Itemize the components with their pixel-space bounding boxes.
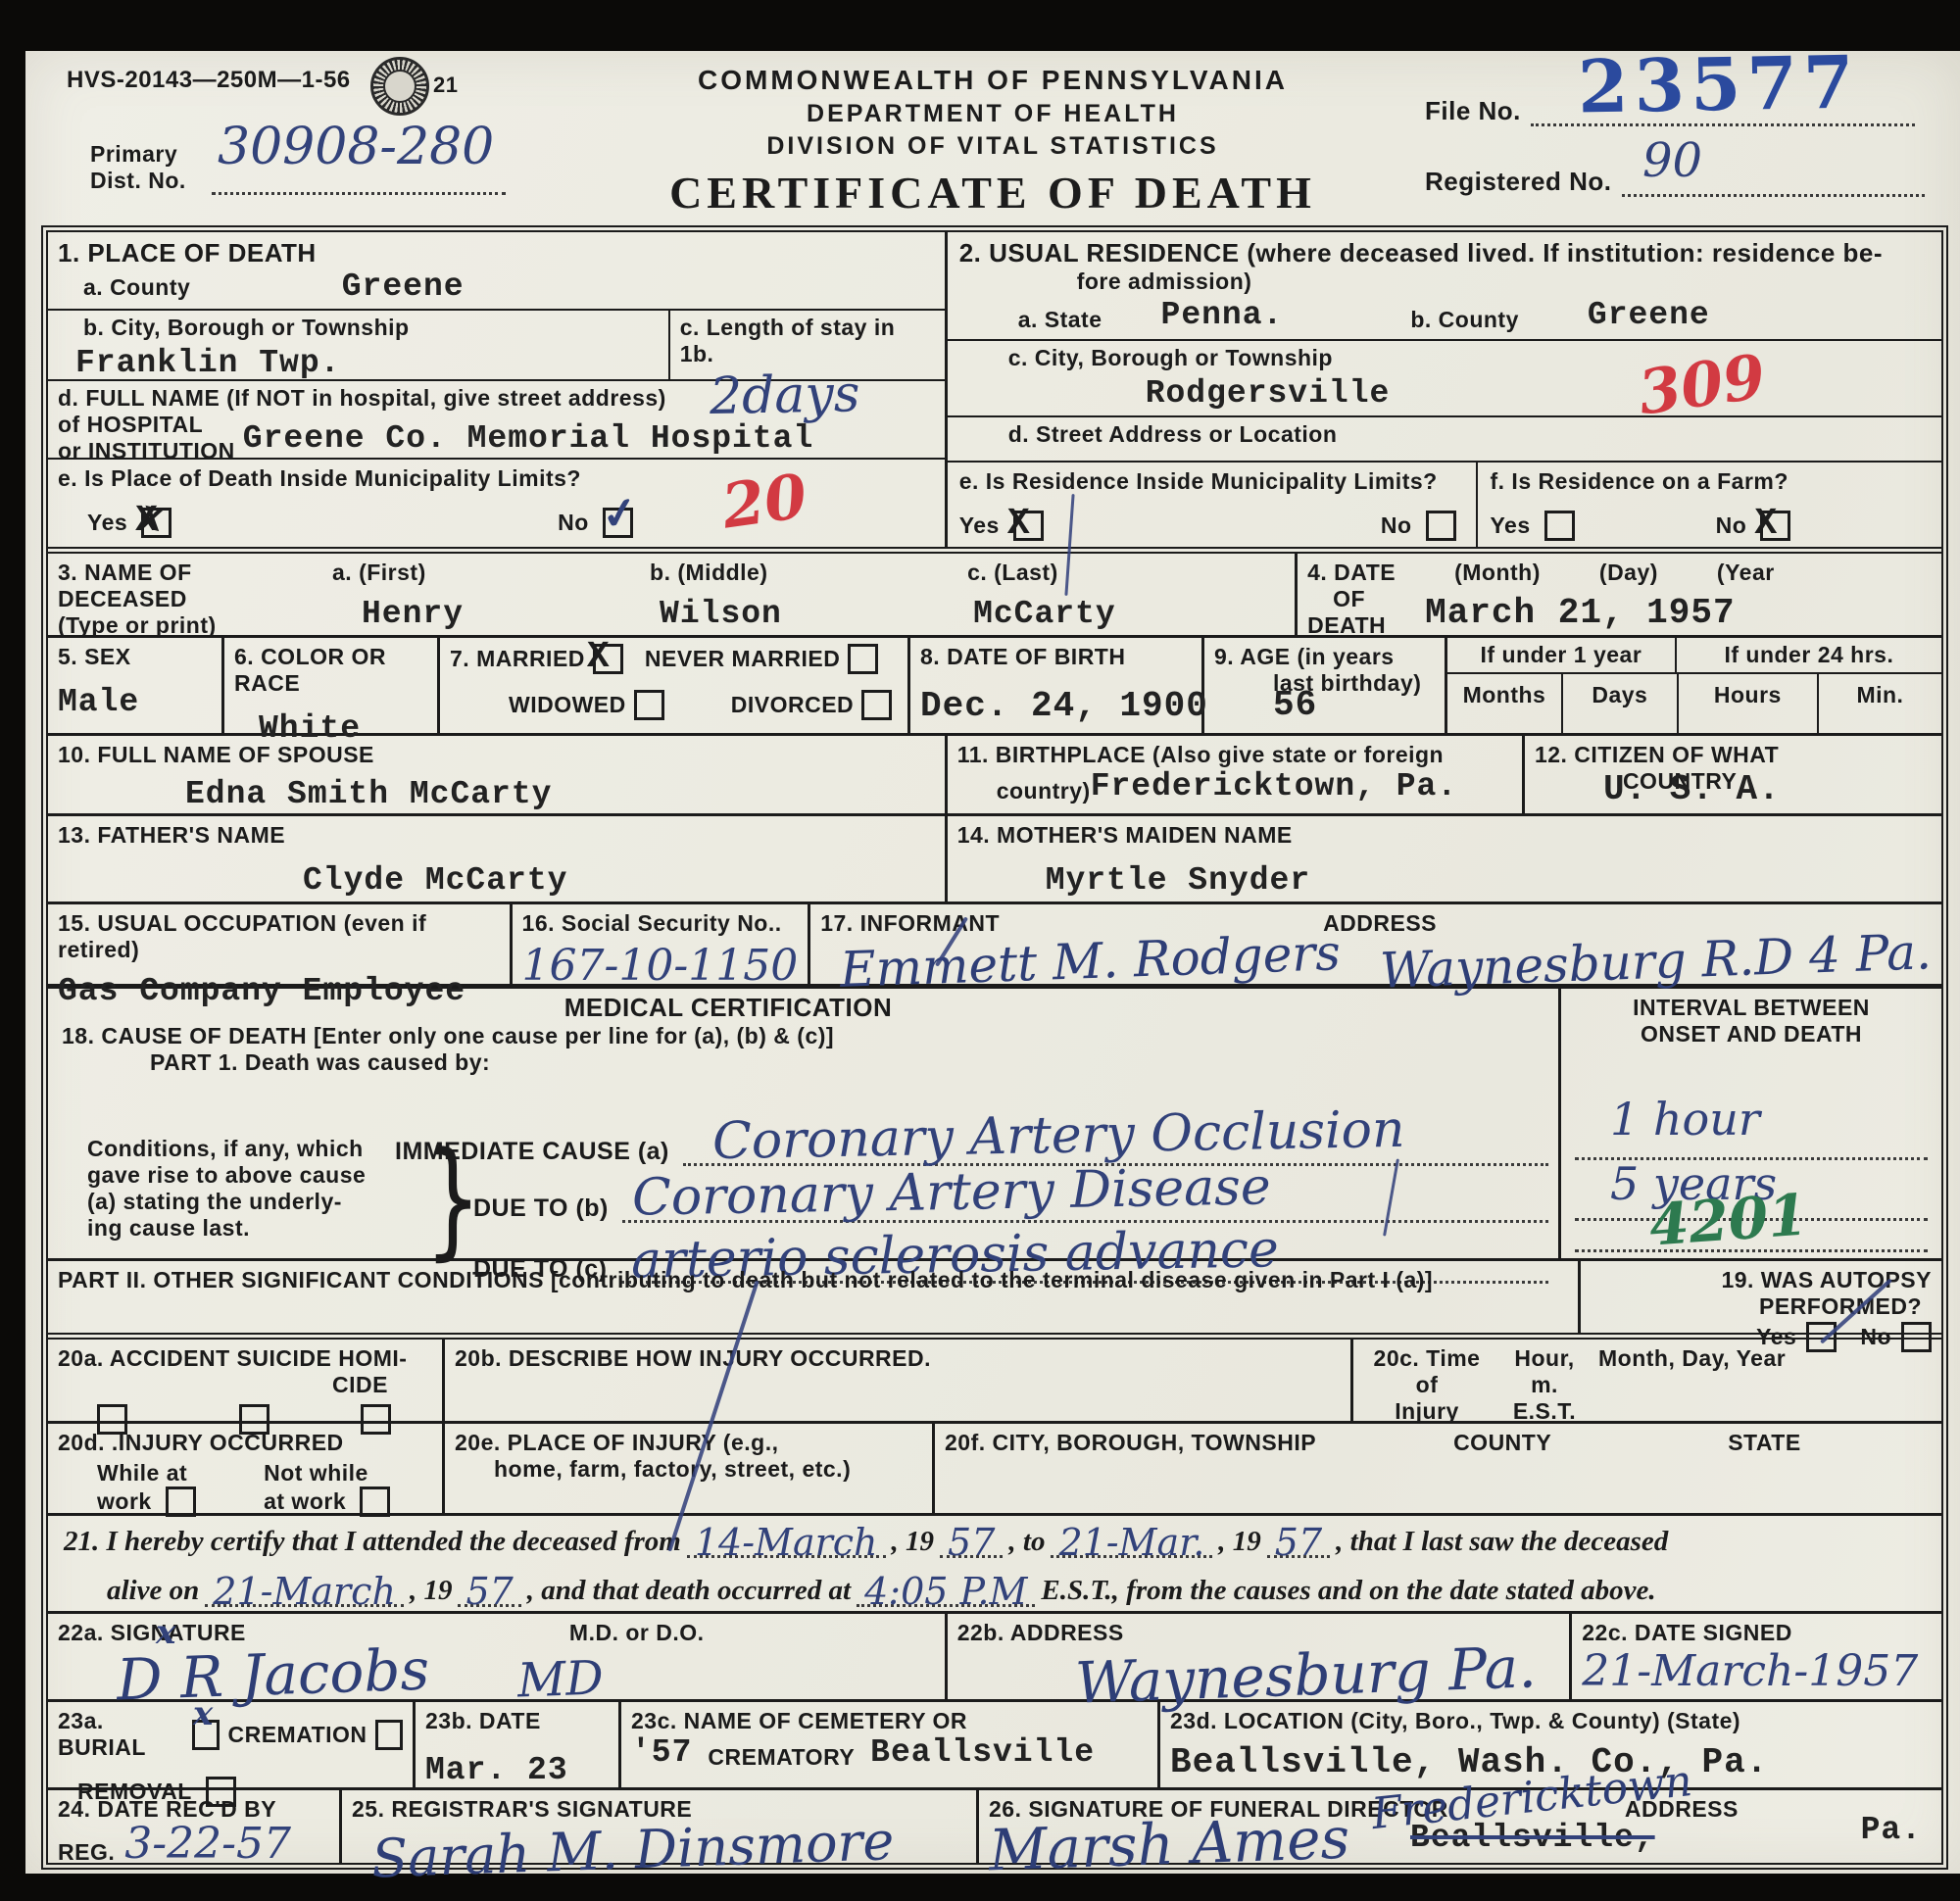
s9-months-label: Months bbox=[1447, 674, 1563, 733]
s2-farm-label: f. Is Residence on a Farm? bbox=[1490, 468, 1788, 494]
header: HVS-20143—250M—1-56 21 COMMONWEALTH OF P… bbox=[25, 51, 1960, 225]
s2-street: d. Street Address or Location bbox=[948, 417, 1941, 463]
green-annotation-4201: 4201 bbox=[1647, 1186, 1809, 1253]
section-12-citizen: 12. CITIZEN OF WHAT COUNTRY U. S. A. bbox=[1525, 736, 1941, 813]
s21-to-date: 21-Mar. bbox=[1058, 1521, 1204, 1564]
s20d-notwhile-label-1: Not while bbox=[264, 1460, 432, 1487]
s20d-label: 20d. .INJURY OCCURRED bbox=[58, 1430, 432, 1456]
s4-value: March 21, 1957 bbox=[1425, 593, 1735, 633]
section-23a-burial-cremation: 23a. BURIAL x CREMATION REMOVAL bbox=[48, 1702, 416, 1787]
s3-middle-value: Wilson bbox=[660, 596, 967, 632]
s2-title-1: 2. USUAL RESIDENCE (where deceased lived… bbox=[959, 238, 1930, 268]
row-occupation-ssn-informant: 15. USUAL OCCUPATION (even if retired) G… bbox=[48, 904, 1941, 989]
s21-printed-4: , 19 bbox=[1218, 1526, 1261, 1558]
seal-number: 21 bbox=[433, 73, 458, 98]
s14-label: 14. MOTHER'S MAIDEN NAME bbox=[957, 822, 1932, 849]
s18-cause-a-blank: Coronary Artery Occlusion bbox=[683, 1106, 1548, 1166]
s4-title-2: OF bbox=[1333, 586, 1425, 612]
section-20f-city-county-state: 20f. CITY, BOROUGH, TOWNSHIP COUNTY STAT… bbox=[935, 1424, 1941, 1513]
s22c-value: 21-March-1957 bbox=[1582, 1650, 1932, 1693]
s18-cause-b-value: Coronary Artery Disease bbox=[631, 1161, 1270, 1223]
s23a-burial-checkbox: x bbox=[192, 1720, 220, 1750]
s21-blank-4: 57 bbox=[1267, 1518, 1330, 1558]
s1-length-of-stay: c. Length of stay in 1b. 2days bbox=[668, 311, 945, 379]
section-20e-place-of-injury: 20e. PLACE OF INJURY (e.g., home, farm, … bbox=[445, 1424, 935, 1513]
s14-value: Myrtle Snyder bbox=[1046, 862, 1932, 899]
s20a-label-2: CIDE bbox=[332, 1372, 432, 1398]
section-19-autopsy: 19. WAS AUTOPSY PERFORMED? Yes No bbox=[1581, 1261, 1941, 1333]
s21-printed-2: , 19 bbox=[892, 1526, 935, 1558]
s18-cause-a-value: Coronary Artery Occlusion bbox=[711, 1104, 1404, 1167]
s23a-cremation-label: CREMATION bbox=[227, 1722, 367, 1748]
section-23b-date: 23b. DATE Mar. 23 bbox=[416, 1702, 621, 1787]
section-17-informant: 17. INFORMANT ADDRESS Emmett M. Rodgers … bbox=[810, 904, 1941, 984]
section-5-sex: 5. SEX Male bbox=[48, 638, 224, 733]
s1-title: 1. PLACE OF DEATH bbox=[58, 238, 935, 268]
s20a-label-1: 20a. ACCIDENT SUICIDE HOMI- bbox=[58, 1345, 432, 1372]
s3-last-value: McCarty bbox=[973, 596, 1285, 632]
row-spouse-birthplace-citizen: 10. FULL NAME OF SPOUSE Edna Smith McCar… bbox=[48, 736, 1941, 816]
s2-no-checkbox bbox=[1426, 511, 1456, 541]
s20d-while-checkbox bbox=[166, 1487, 196, 1517]
s7-married-label: 7. MARRIED bbox=[450, 646, 585, 672]
s2-limits-farm: e. Is Residence Inside Municipality Limi… bbox=[948, 463, 1941, 547]
s2-city: c. City, Borough or Township Rodgersvill… bbox=[948, 341, 1941, 417]
department-line: DEPARTMENT OF HEALTH bbox=[552, 100, 1434, 128]
s20e-label-2: home, farm, factory, street, etc.) bbox=[494, 1456, 922, 1483]
s23a-cremation-checkbox bbox=[375, 1720, 403, 1750]
s24-value: 3-22-57 bbox=[124, 1823, 291, 1866]
s1-hospital-label-2: of HOSPITAL bbox=[58, 412, 235, 438]
s20f-label: 20f. CITY, BOROUGH, TOWNSHIP bbox=[945, 1430, 1316, 1456]
s5-value: Male bbox=[58, 684, 212, 720]
s17-informant-address: Waynesburg R.D 4 Pa. bbox=[1379, 927, 1932, 996]
s21-line-2: alive on 21-March , 19 57 , and that dea… bbox=[107, 1567, 1926, 1607]
s21-printed-5: , that I last saw the deceased bbox=[1336, 1526, 1668, 1558]
s1-no-pen-check: ✓ bbox=[598, 487, 641, 542]
s18-header: 18. CAUSE OF DEATH [Enter only one cause… bbox=[62, 1023, 1544, 1049]
red-annotation-309: 309 bbox=[1635, 346, 1769, 423]
s21-printed-3: , to bbox=[1008, 1526, 1045, 1558]
s17-address-label: ADDRESS bbox=[1323, 910, 1437, 937]
s25-registrar-signature: Sarah M. Dinsmore bbox=[370, 1813, 967, 1886]
s22c-label: 22c. DATE SIGNED bbox=[1582, 1620, 1932, 1646]
s8-value: Dec. 24, 1900 bbox=[920, 686, 1192, 726]
section-24-date-received: 24. DATE REC'D BY REG. 3-22-57 bbox=[48, 1790, 342, 1865]
primary-dist-no-value: 30908-280 bbox=[218, 122, 494, 172]
s22b-value: Waynesburg Pa. bbox=[1074, 1638, 1560, 1712]
s18-interval-a-value: 1 hour bbox=[1610, 1097, 1760, 1142]
s23b-label: 23b. DATE bbox=[425, 1708, 609, 1734]
s20f-state-label: STATE bbox=[1728, 1430, 1800, 1456]
row-medical-certification: MEDICAL CERTIFICATION 18. CAUSE OF DEATH… bbox=[48, 989, 1941, 1261]
s23c-year-value: '57 bbox=[631, 1734, 692, 1771]
section-15-occupation: 15. USUAL OCCUPATION (even if retired) G… bbox=[48, 904, 513, 984]
s2-header: 2. USUAL RESIDENCE (where deceased lived… bbox=[948, 232, 1941, 341]
s21-alive-year: 57 bbox=[465, 1570, 513, 1613]
s3-first-label: a. (First) bbox=[332, 560, 650, 586]
s1-city-stay: b. City, Borough or Township Franklin Tw… bbox=[48, 309, 945, 381]
part2-label: PART II. OTHER SIGNIFICANT CONDITIONS [c… bbox=[58, 1267, 1433, 1292]
file-no-stamp: 23577 bbox=[1577, 40, 1860, 129]
s2-farm: f. Is Residence on a Farm? Yes No X bbox=[1478, 463, 1941, 547]
s23a-burial-mark: x bbox=[193, 1697, 213, 1730]
s1-hospital: d. FULL NAME (If NOT in hospital, give s… bbox=[48, 381, 945, 460]
s4-title-1: 4. DATE bbox=[1307, 560, 1425, 586]
s1-no-label: No bbox=[558, 510, 589, 536]
certificate-form: 1. PLACE OF DEATH a. County Greene b. Ci… bbox=[41, 225, 1948, 1870]
s13-label: 13. FATHER'S NAME bbox=[58, 822, 935, 849]
s1-city: b. City, Borough or Township Franklin Tw… bbox=[48, 311, 668, 379]
s21-printed-9: E.S.T., from the causes and on the date … bbox=[1041, 1575, 1655, 1607]
s20c-injury-label: Injury bbox=[1363, 1398, 1491, 1425]
s2-yes-label: Yes bbox=[959, 512, 1000, 539]
section-23c-cemetery: 23c. NAME OF CEMETERY OR '57 CREMATORY B… bbox=[621, 1702, 1160, 1787]
s21-blank-1: 14-March bbox=[687, 1518, 886, 1558]
s21-printed-8: , and that death occurred at bbox=[527, 1575, 851, 1607]
row-registrar-funeral: 24. DATE REC'D BY REG. 3-22-57 25. REGIS… bbox=[48, 1790, 1941, 1865]
s26-funeral-director-signature: Marsh Ames bbox=[988, 1810, 1350, 1879]
s9-days-label: Days bbox=[1563, 674, 1679, 733]
s2-yes-mark: X bbox=[1007, 503, 1030, 545]
section-26-funeral-director: 26. SIGNATURE OF FUNERAL DIRECTOR ADDRES… bbox=[979, 1790, 1941, 1865]
s16-label: 16. Social Security No.. bbox=[522, 910, 799, 937]
s11-value: Fredericktown, Pa. bbox=[1091, 768, 1457, 804]
s21-alive-date: 21-March bbox=[213, 1570, 396, 1613]
s13-value: Clyde McCarty bbox=[303, 862, 935, 899]
section-13-father: 13. FATHER'S NAME Clyde McCarty bbox=[48, 816, 948, 902]
s4-day-label: (Day) bbox=[1599, 560, 1658, 586]
death-certificate-scan: { "colors": { "paper": "#ecebe1", "print… bbox=[0, 0, 1960, 1901]
commonwealth-line: COMMONWEALTH OF PENNSYLVANIA bbox=[552, 65, 1434, 96]
s5-label: 5. SEX bbox=[58, 644, 212, 670]
s2-city-value: Rodgersville bbox=[1146, 375, 1930, 412]
section-9-under-age-grid: If under 1 year If under 24 hrs. Months … bbox=[1447, 638, 1941, 733]
s1-no-checkbox: ✓ bbox=[603, 508, 633, 538]
primary-label-2: Dist. No. bbox=[90, 168, 186, 194]
s16-value: 167-10-1150 bbox=[522, 945, 799, 988]
s26-typed-address-struck: Beallsville, bbox=[1410, 1820, 1655, 1856]
s6-label: 6. COLOR OR RACE bbox=[234, 644, 427, 697]
s11-label-2: country) bbox=[997, 778, 1091, 804]
s4-month-label: (Month) bbox=[1454, 560, 1541, 586]
s7-divorced-checkbox bbox=[861, 690, 892, 720]
s9-under-1yr-label: If under 1 year bbox=[1447, 638, 1677, 672]
s20c-m-label: m. bbox=[1491, 1372, 1598, 1398]
s8-label: 8. DATE OF BIRTH bbox=[920, 644, 1192, 670]
division-line: DIVISION OF VITAL STATISTICS bbox=[552, 132, 1434, 161]
s21-line-1: 21. I hereby certify that I attended the… bbox=[64, 1518, 1926, 1558]
s9-min-label: Min. bbox=[1819, 674, 1941, 733]
s23c-value: Beallsville bbox=[870, 1734, 1095, 1771]
s12-label-1: 12. CITIZEN OF WHAT bbox=[1535, 742, 1932, 768]
section-4-date-of-death: 4. DATE OF DEATH (Month) (Day) (Year Mar… bbox=[1298, 554, 1941, 635]
s20c-hour-label: Hour, bbox=[1491, 1345, 1598, 1372]
s1-county-value: Greene bbox=[342, 268, 465, 305]
registered-no-label: Registered No. bbox=[1425, 167, 1612, 197]
s3-middle-label: b. (Middle) bbox=[650, 560, 967, 586]
s17-informant-signature: Emmett M. Rodgers bbox=[840, 928, 1342, 995]
s20c-time-label: 20c. Time bbox=[1363, 1345, 1491, 1372]
s1-city-label: b. City, Borough or Township bbox=[83, 315, 410, 340]
s1-hospital-value: Greene Co. Memorial Hospital bbox=[243, 420, 814, 457]
s20c-of-label: of bbox=[1363, 1372, 1491, 1398]
s12-value: U. S. A. bbox=[1603, 769, 1781, 809]
registered-no-leader bbox=[1622, 190, 1926, 197]
s7-widowed-checkbox bbox=[634, 690, 664, 720]
s24-label-2: REG. bbox=[58, 1839, 115, 1866]
s1-city-value: Franklin Twp. bbox=[75, 345, 659, 381]
section-6-color-race: 6. COLOR OR RACE White bbox=[224, 638, 440, 733]
section-20c-time-of-injury: 20c. Time of Injury Hour, m. E.S.T. Mont… bbox=[1353, 1340, 1941, 1421]
s2-farm-yes-checkbox bbox=[1544, 511, 1575, 541]
s3-title-1: 3. NAME OF bbox=[58, 560, 332, 586]
s2-municipality-limits: e. Is Residence Inside Municipality Limi… bbox=[948, 463, 1479, 547]
union-litho-seal-icon bbox=[370, 57, 429, 116]
s1-county-label: a. County bbox=[83, 274, 190, 300]
registered-no-value: 90 bbox=[1642, 137, 1702, 184]
row-name-dod: 3. NAME OF DECEASED (Type or print) a. (… bbox=[48, 554, 1941, 638]
s21-blank-3: 21-Mar. bbox=[1051, 1518, 1212, 1558]
s3-last-label: c. (Last) bbox=[967, 560, 1285, 586]
section-22a-signature: 22a. SIGNATURE M.D. or D.O. x D R Jacobs… bbox=[48, 1614, 948, 1699]
row-injury-2: 20d. .INJURY OCCURRED While at work Not … bbox=[48, 1424, 1941, 1516]
form-code: HVS-20143—250M—1-56 bbox=[67, 67, 351, 94]
s21-from-year: 57 bbox=[948, 1521, 995, 1564]
s7-never-married-label: NEVER MARRIED bbox=[645, 646, 840, 672]
section-25-registrar: 25. REGISTRAR'S SIGNATURE Sarah M. Dinsm… bbox=[342, 1790, 979, 1865]
s18-cause-of-death: MEDICAL CERTIFICATION 18. CAUSE OF DEATH… bbox=[48, 989, 1558, 1258]
s2-farm-no-mark: X bbox=[1754, 503, 1777, 545]
file-no-label: File No. bbox=[1425, 96, 1521, 126]
s1-municipality-limits: e. Is Place of Death Inside Municipality… bbox=[48, 460, 945, 547]
row-place-residence: 1. PLACE OF DEATH a. County Greene b. Ci… bbox=[48, 232, 1941, 554]
s23c-label-2: CREMATORY bbox=[708, 1744, 855, 1771]
s1-municipality-label: e. Is Place of Death Inside Municipality… bbox=[58, 465, 581, 491]
s20f-county-label: COUNTY bbox=[1453, 1430, 1551, 1456]
s21-to-year: 57 bbox=[1275, 1521, 1322, 1564]
s18-medical-certification-title: MEDICAL CERTIFICATION bbox=[454, 993, 1003, 1023]
section-20b-describe-injury: 20b. DESCRIBE HOW INJURY OCCURRED. bbox=[445, 1340, 1353, 1421]
s2-title-2: fore admission) bbox=[1077, 268, 1930, 295]
page-title: CERTIFICATE OF DEATH bbox=[552, 167, 1434, 219]
section-22b-address: 22b. ADDRESS Waynesburg Pa. bbox=[948, 1614, 1573, 1699]
s21-blank-7: 4:05 P.M bbox=[857, 1567, 1035, 1607]
s2-county-value: Greene bbox=[1588, 297, 1710, 333]
s9-label-1: 9. AGE (in years bbox=[1214, 644, 1435, 670]
certificate-paper: HVS-20143—250M—1-56 21 COMMONWEALTH OF P… bbox=[25, 51, 1960, 1874]
s7-married-mark: X bbox=[587, 636, 610, 678]
row-physician-signature: 22a. SIGNATURE M.D. or D.O. x D R Jacobs… bbox=[48, 1614, 1941, 1702]
s22a-md-label: M.D. or D.O. bbox=[569, 1620, 705, 1646]
s26-state-value: Pa. bbox=[1861, 1812, 1922, 1848]
section-9-age: 9. AGE (in years last birthday) 56 bbox=[1204, 638, 1447, 733]
s2-yes-checkbox: X bbox=[1013, 511, 1044, 541]
s18-interval-label-1: INTERVAL BETWEEN bbox=[1571, 995, 1932, 1021]
row-father-mother: 13. FATHER'S NAME Clyde McCarty 14. MOTH… bbox=[48, 816, 1941, 904]
s2-county-label: b. County bbox=[1410, 307, 1519, 333]
header-center: COMMONWEALTH OF PENNSYLVANIA DEPARTMENT … bbox=[552, 65, 1434, 219]
s2-city-label: c. City, Borough or Township bbox=[1008, 345, 1333, 370]
s20b-label: 20b. DESCRIBE HOW INJURY OCCURRED. bbox=[455, 1345, 931, 1371]
row-physician-certification: 21. I hereby certify that I attended the… bbox=[48, 1516, 1941, 1614]
s17-label: 17. INFORMANT bbox=[820, 910, 1000, 937]
s7-divorced-label: DIVORCED bbox=[731, 692, 854, 718]
section-20d-injury-occurred: 20d. .INJURY OCCURRED While at work Not … bbox=[48, 1424, 445, 1513]
s20d-while-label-1: While at bbox=[97, 1460, 264, 1487]
s7-widowed-label: WIDOWED bbox=[509, 692, 626, 718]
s23b-value: Mar. 23 bbox=[425, 1752, 609, 1788]
section-11-birthplace: 11. BIRTHPLACE (Also give state or forei… bbox=[948, 736, 1525, 813]
s2-farm-no-checkbox: X bbox=[1760, 511, 1790, 541]
primary-dist-rule bbox=[212, 192, 506, 195]
s23d-label: 23d. LOCATION (City, Boro., Twp. & Count… bbox=[1170, 1708, 1932, 1734]
s18-due-b-label: DUE TO (b) bbox=[473, 1194, 609, 1224]
s2-state-value: Penna. bbox=[1161, 297, 1284, 333]
section-14-mother: 14. MOTHER'S MAIDEN NAME Myrtle Snyder bbox=[948, 816, 1941, 902]
primary-dist-label: Primary Dist. No. bbox=[90, 141, 186, 194]
s15-label: 15. USUAL OCCUPATION (even if retired) bbox=[58, 910, 500, 963]
s21-time-of-death: 4:05 P.M bbox=[864, 1570, 1027, 1613]
section-7-marital-status: 7. MARRIED X NEVER MARRIED WIDOWED DIVOR… bbox=[440, 638, 910, 733]
primary-label-1: Primary bbox=[90, 141, 186, 168]
s2-no-label: No bbox=[1381, 512, 1412, 539]
row-injury-1: 20a. ACCIDENT SUICIDE HOMI- CIDE 20b. DE… bbox=[48, 1340, 1941, 1424]
s10-value: Edna Smith McCarty bbox=[185, 776, 935, 812]
row-sex-race-marital-birth-age: 5. SEX Male 6. COLOR OR RACE White 7. MA… bbox=[48, 638, 1941, 736]
s1-county: 1. PLACE OF DEATH a. County Greene bbox=[48, 232, 945, 309]
s21-printed-7: , 19 bbox=[410, 1575, 453, 1607]
s21-blank-5: 21-March bbox=[205, 1567, 404, 1607]
section-10-spouse: 10. FULL NAME OF SPOUSE Edna Smith McCar… bbox=[48, 736, 948, 813]
s20d-while-label-2: work bbox=[97, 1488, 152, 1515]
s3-title-2: DECEASED bbox=[58, 586, 332, 612]
s20e-label-1: 20e. PLACE OF INJURY (e.g., bbox=[455, 1430, 922, 1456]
s21-from-date: 14-March bbox=[695, 1521, 878, 1564]
s9-under-24hr-label: If under 24 hrs. bbox=[1677, 638, 1941, 672]
section-8-date-of-birth: 8. DATE OF BIRTH Dec. 24, 1900 bbox=[910, 638, 1204, 733]
s18-interval-column: INTERVAL BETWEEN ONSET AND DEATH 1 hour … bbox=[1558, 989, 1941, 1258]
s23c-label-1: 23c. NAME OF CEMETERY OR bbox=[631, 1708, 1148, 1734]
s2-street-label: d. Street Address or Location bbox=[1008, 421, 1338, 447]
s2-state-label: a. State bbox=[1018, 307, 1102, 333]
s21-blank-2: 57 bbox=[940, 1518, 1003, 1558]
s18-due-b-line: DUE TO (b) Coronary Artery Disease bbox=[62, 1163, 1548, 1223]
s7-never-married-checkbox bbox=[848, 644, 878, 674]
section-3-name-of-deceased: 3. NAME OF DECEASED (Type or print) a. (… bbox=[48, 554, 1298, 635]
s1-stay-label: c. Length of stay in 1b. bbox=[680, 315, 896, 366]
section-20a-accident-suicide-homicide: 20a. ACCIDENT SUICIDE HOMI- CIDE bbox=[48, 1340, 445, 1421]
section-22c-date-signed: 22c. DATE SIGNED 21-March-1957 bbox=[1572, 1614, 1941, 1699]
s4-title-3: DEATH bbox=[1307, 612, 1425, 639]
s1-yes-label: Yes bbox=[87, 510, 127, 536]
s2-municipality-label: e. Is Residence Inside Municipality Limi… bbox=[959, 468, 1438, 494]
section-16-ssn: 16. Social Security No.. 167-10-1150 bbox=[513, 904, 811, 984]
s3-first-value: Henry bbox=[362, 596, 650, 632]
part2-other-conditions: PART II. OTHER SIGNIFICANT CONDITIONS [c… bbox=[48, 1261, 1581, 1333]
s20d-notwhile-checkbox bbox=[360, 1487, 390, 1517]
s20c-est-label: E.S.T. bbox=[1491, 1398, 1598, 1425]
s20c-month-day-year-label: Month, Day, Year bbox=[1598, 1345, 1932, 1415]
s21-printed-1: 21. I hereby certify that I attended the… bbox=[64, 1526, 681, 1558]
s1-yes-checkbox: X X bbox=[141, 508, 171, 538]
s18-cond-1: Conditions, if any, which bbox=[87, 1136, 411, 1162]
red-annotation-20: 20 bbox=[719, 465, 811, 537]
s21-printed-6: alive on bbox=[107, 1575, 199, 1607]
s18-part1-label: PART 1. Death was caused by: bbox=[150, 1049, 1544, 1076]
s2-farm-no-label: No bbox=[1716, 512, 1747, 539]
s18-cause-b-blank: Coronary Artery Disease bbox=[622, 1163, 1548, 1223]
s9-hours-label: Hours bbox=[1679, 674, 1819, 733]
row-part2-autopsy: PART II. OTHER SIGNIFICANT CONDITIONS [c… bbox=[48, 1261, 1941, 1340]
s10-label: 10. FULL NAME OF SPOUSE bbox=[58, 742, 935, 768]
s22a-degree-value: MD bbox=[516, 1655, 604, 1705]
s23a-burial-label: 23a. BURIAL bbox=[58, 1708, 184, 1761]
s20d-notwhile-label-2: at work bbox=[264, 1488, 346, 1515]
s22a-signature-value: D R Jacobs bbox=[116, 1641, 430, 1709]
s21-blank-6: 57 bbox=[458, 1567, 520, 1607]
s9-value: 56 bbox=[1273, 685, 1317, 725]
s4-year-label: (Year bbox=[1717, 560, 1775, 586]
s3-title-3: (Type or print) bbox=[58, 612, 332, 639]
s18-interval-label-2: ONSET AND DEATH bbox=[1571, 1021, 1932, 1048]
section-2-usual-residence: 2. USUAL RESIDENCE (where deceased lived… bbox=[948, 232, 1941, 547]
s7-married-checkbox: X bbox=[593, 644, 623, 674]
s2-farm-yes-label: Yes bbox=[1490, 512, 1530, 539]
s11-label-1: 11. BIRTHPLACE (Also give state or forei… bbox=[957, 742, 1512, 768]
s1-hospital-label-1: d. FULL NAME (If NOT in hospital, give s… bbox=[58, 385, 666, 411]
section-1-place-of-death: 1. PLACE OF DEATH a. County Greene b. Ci… bbox=[48, 232, 948, 547]
